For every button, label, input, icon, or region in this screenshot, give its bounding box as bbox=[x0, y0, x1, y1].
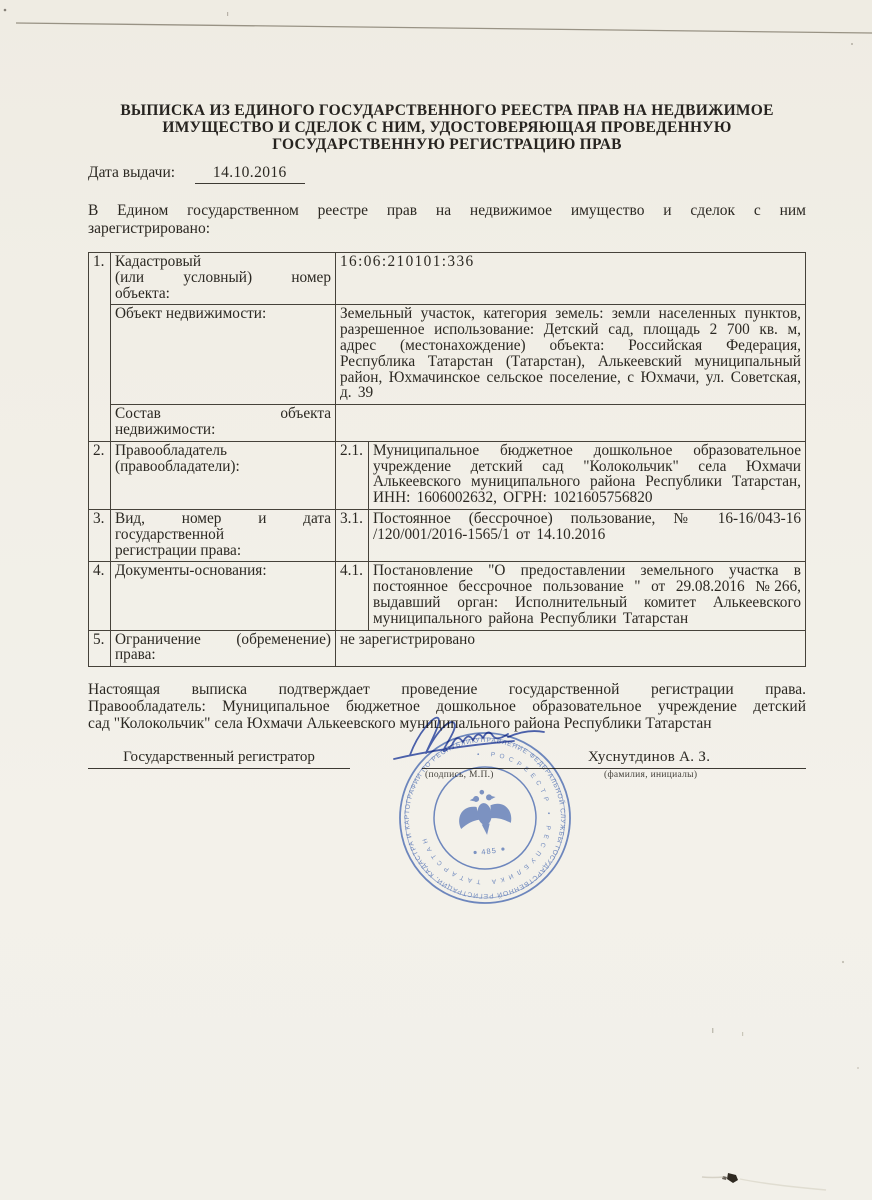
rightholder-value: Муниципальное бюджетное дошкольное образ… bbox=[369, 441, 806, 509]
registrar-caption-spacer bbox=[88, 769, 350, 781]
restrictions-label-line1: Ограничение (обременение) bbox=[115, 632, 331, 648]
row-number-5: 5. bbox=[89, 630, 111, 667]
cadastral-label-line2: (или условный) номер bbox=[115, 270, 331, 286]
composition-label-line2: недвижимости: bbox=[115, 422, 331, 438]
row-number-1: 1. bbox=[89, 253, 111, 442]
object-label-cell: Объект недвижимости: bbox=[111, 305, 336, 405]
table-row-cadastral: 1. Кадастровый (или условный) номер объе… bbox=[89, 253, 806, 305]
table-row-registration: 3. Вид, номер и дата государственной рег… bbox=[89, 509, 806, 561]
signature-block: Государственный регистратор (подпись, М.… bbox=[88, 749, 806, 781]
restrictions-label-cell: Ограничение (обременение) права: bbox=[111, 630, 336, 667]
object-description-value: Земельный участок, категория земель: зем… bbox=[336, 305, 806, 405]
stamp-outer-ring-text: УПРАВЛЕНИЕ ФЕДЕРАЛЬНОЙ СЛУЖБЫ ГОСУДАРСТВ… bbox=[384, 717, 578, 912]
registration-label-line1: Вид, номер и дата bbox=[115, 511, 331, 527]
issue-date-label: Дата выдачи: bbox=[88, 164, 175, 182]
scanned-document-page: { "page": { "background": "#f1eee6", "in… bbox=[0, 0, 872, 1200]
scan-dust-specks bbox=[0, 950, 872, 1150]
registration-label-cell: Вид, номер и дата государственной регист… bbox=[111, 509, 336, 561]
table-row-documents: 4. Документы-основания: 4.1. Постановлен… bbox=[89, 562, 806, 630]
document-title: ВЫПИСКА ИЗ ЕДИНОГО ГОСУДАРСТВЕННОГО РЕЕС… bbox=[88, 102, 806, 153]
signature-line bbox=[422, 749, 566, 769]
closing-paragraph: Настоящая выписка подтверждает проведени… bbox=[88, 681, 806, 732]
signature-column: (подпись, М.П.) bbox=[422, 749, 566, 781]
cadastral-label-line3: объекта: bbox=[115, 286, 331, 302]
signature-caption: (подпись, М.П.) bbox=[422, 769, 566, 781]
stamp-eagle-emblem bbox=[456, 787, 513, 838]
registry-table: 1. Кадастровый (или условный) номер объе… bbox=[88, 252, 806, 667]
table-row-composition: Состав объекта недвижимости: bbox=[89, 405, 806, 442]
title-line-3: ГОСУДАРСТВЕННУЮ РЕГИСТРАЦИЮ ПРАВ bbox=[88, 136, 806, 153]
registrar-name: Хуснутдинов А. З. bbox=[566, 749, 806, 769]
document-body: ВЫПИСКА ИЗ ЕДИНОГО ГОСУДАРСТВЕННОГО РЕЕС… bbox=[88, 0, 806, 781]
intro-line-2: зарегистрировано: bbox=[88, 220, 806, 238]
composition-label-cell: Состав объекта недвижимости: bbox=[111, 405, 336, 442]
official-round-stamp: УПРАВЛЕНИЕ ФЕДЕРАЛЬНОЙ СЛУЖБЫ ГОСУДАРСТВ… bbox=[384, 717, 587, 920]
issue-date-value: 14.10.2016 bbox=[195, 164, 305, 184]
registration-label-line3: регистрации права: bbox=[115, 543, 331, 559]
svg-text:УПРАВЛЕНИЕ ФЕДЕРАЛЬНОЙ СЛУЖБЫ: УПРАВЛЕНИЕ ФЕДЕРАЛЬНОЙ СЛУЖБЫ ГОСУДАРСТВ… bbox=[384, 717, 578, 912]
stamp-number: 485 bbox=[481, 846, 497, 857]
table-row-restrictions: 5. Ограничение (обременение) права: не з… bbox=[89, 630, 806, 667]
table-row-rightholder: 2. Правообладатель (правообладатели): 2.… bbox=[89, 441, 806, 509]
title-line-2: ИМУЩЕСТВО И СДЕЛОК С НИМ, УДОСТОВЕРЯЮЩАЯ… bbox=[88, 119, 806, 136]
restrictions-value: не зарегистрировано bbox=[336, 630, 806, 667]
closing-line-1: Настоящая выписка подтверждает проведени… bbox=[88, 681, 806, 698]
rightholder-label-line2: (правообладатели): bbox=[115, 459, 331, 475]
intro-paragraph: В Едином государственном реестре прав на… bbox=[88, 202, 806, 237]
sub-number-2-1: 2.1. bbox=[336, 441, 369, 509]
rightholder-label-cell: Правообладатель (правообладатели): bbox=[111, 441, 336, 509]
composition-value-empty bbox=[336, 405, 806, 442]
documents-value: Постановление "О предоставлении земельно… bbox=[369, 562, 806, 630]
restrictions-label-line2: права: bbox=[115, 647, 331, 663]
sub-number-4-1: 4.1. bbox=[336, 562, 369, 630]
name-column: Хуснутдинов А. З. (фамилия, инициалы) bbox=[566, 749, 806, 781]
rightholder-label-line1: Правообладатель bbox=[115, 443, 331, 459]
closing-line-2: Правообладатель: Муниципальное бюджетное… bbox=[88, 698, 806, 715]
registrar-title-column: Государственный регистратор bbox=[88, 749, 350, 781]
sub-number-3-1: 3.1. bbox=[336, 509, 369, 561]
table-row-object: Объект недвижимости: Земельный участок, … bbox=[89, 305, 806, 405]
row-number-2: 2. bbox=[89, 441, 111, 509]
row-number-4: 4. bbox=[89, 562, 111, 630]
composition-label-line1: Состав объекта bbox=[115, 406, 331, 422]
name-caption: (фамилия, инициалы) bbox=[566, 769, 806, 781]
title-line-1: ВЫПИСКА ИЗ ЕДИНОГО ГОСУДАРСТВЕННОГО РЕЕС… bbox=[88, 102, 806, 119]
scan-smudge-artifact bbox=[690, 1155, 870, 1200]
registration-label-line2: государственной bbox=[115, 527, 331, 543]
registration-value: Постоянное (бессрочное) пользование, № 1… bbox=[369, 509, 806, 561]
documents-label-cell: Документы-основания: bbox=[111, 562, 336, 630]
cadastral-number-value: 16:06:210101:336 bbox=[336, 253, 806, 305]
cadastral-label-line1: Кадастровый bbox=[115, 254, 331, 270]
cadastral-label-cell: Кадастровый (или условный) номер объекта… bbox=[111, 253, 336, 305]
row-number-3: 3. bbox=[89, 509, 111, 561]
intro-line-1: В Едином государственном реестре прав на… bbox=[88, 202, 806, 220]
issue-date-row: Дата выдачи: 14.10.2016 bbox=[88, 164, 806, 184]
registrar-title: Государственный регистратор bbox=[88, 749, 350, 769]
closing-line-3: сад "Колокольчик" села Юхмачи Алькеевско… bbox=[88, 715, 806, 732]
